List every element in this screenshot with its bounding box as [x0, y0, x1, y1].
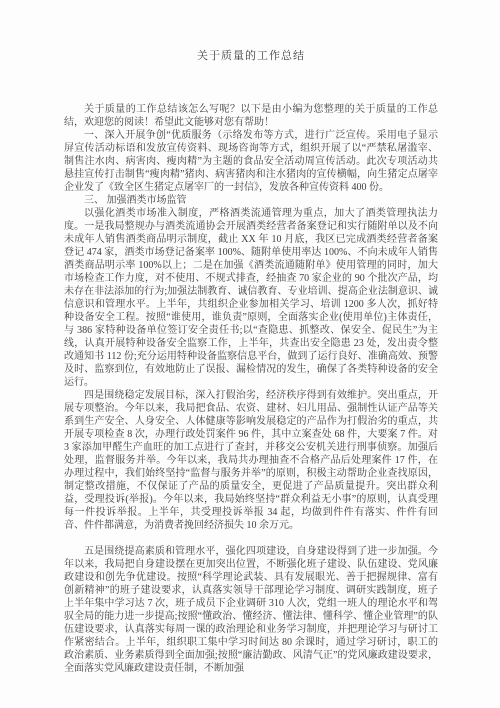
- document-page: 关于质量的工作总结 关于质量的工作总结该怎么写呢？以下是由小编为您整理的关于质量…: [0, 0, 500, 708]
- document-title: 关于质量的工作总结: [64, 49, 438, 63]
- paragraph-alcohol-regulation: 以强化酒类市场准入制度，严格酒类流通管理为重点，加大了酒类管理执法力度。一是我局…: [64, 207, 438, 389]
- paragraph-self-building: 五是围绕提高素质和管理水平，强化四项建设，自身建设得到了进一步加强。今年以来，我…: [64, 545, 438, 675]
- paragraph-section-one-publicity: 一、深入开展争创“优质服务（示络发布等方式，进行广泛宣传。采用电子显示屏宣传活动…: [64, 129, 438, 194]
- paragraph-anti-counterfeit: 四是围绕稳定发展目标，深入打假治劣，经济秩序得到有效维护。突出重点，开展专项整治…: [64, 389, 438, 532]
- paragraph-intro: 关于质量的工作总结该怎么写呢？以下是由小编为您整理的关于质量的工作总结，欢迎您的…: [64, 103, 438, 129]
- section-heading-alcohol-market: 三、 加强酒类市场监管: [64, 194, 438, 207]
